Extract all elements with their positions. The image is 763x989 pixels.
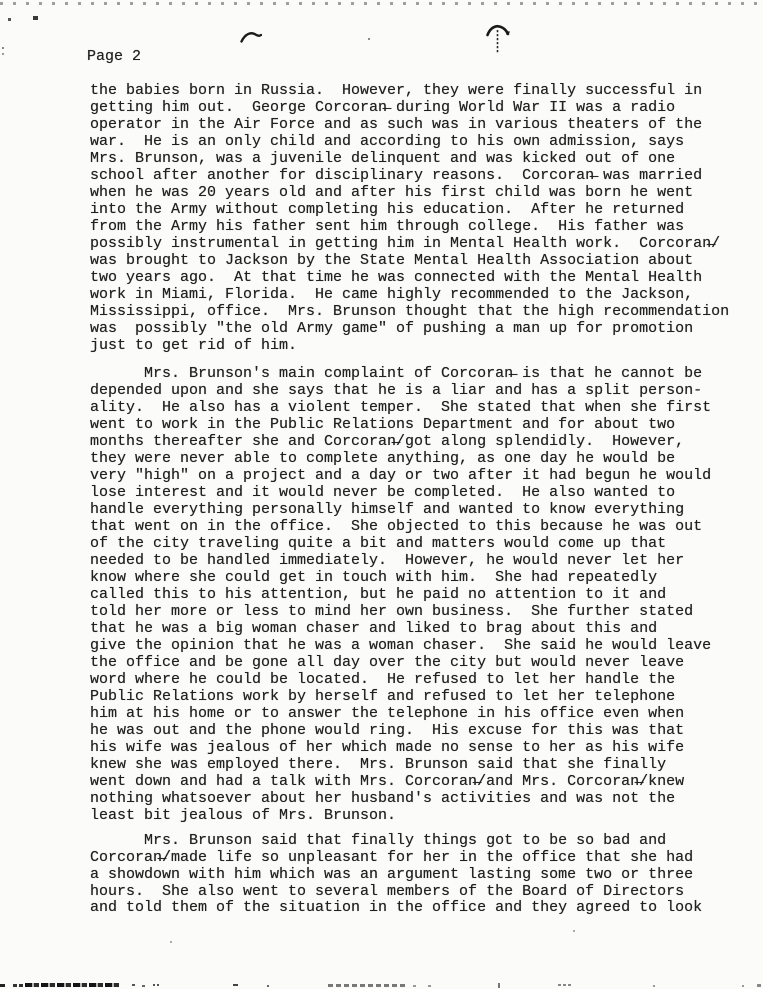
scan-artifact-speck <box>2 53 4 55</box>
scan-artifact-speck <box>33 16 38 20</box>
scan-artifact-top-dotted-edge <box>0 2 763 5</box>
scan-artifact-bottom-edge <box>328 984 407 987</box>
paragraph-1: the babies born in Russia. However, they… <box>90 82 729 354</box>
scan-artifact-bottom-edge <box>25 983 120 987</box>
handwritten-up-arrow-mark <box>485 24 511 56</box>
scan-artifact-bottom-edge <box>132 984 135 986</box>
scan-artifact-bottom-edge <box>142 985 145 987</box>
paragraph-2: Mrs. Brunson's main complaint of Corcora… <box>90 365 711 824</box>
scan-artifact-bottom-edge <box>13 984 23 987</box>
scan-artifact-speck <box>170 941 172 943</box>
scan-artifact-bottom-edge <box>267 985 269 987</box>
scan-artifact-bottom-edge <box>757 984 761 987</box>
scan-artifact-bottom-edge <box>742 985 744 987</box>
handwritten-arc-mark <box>240 30 262 43</box>
scan-artifact-speck <box>8 18 11 21</box>
scan-artifact-bottom-edge <box>233 984 238 986</box>
paragraph-3-continuation-line: and told them of the situation in the of… <box>90 899 702 916</box>
paragraph-3: Mrs. Brunson said that finally things go… <box>90 832 693 900</box>
scan-artifact-bottom-edge <box>428 985 431 987</box>
document-page: Page 2 the babies born in Russia. Howeve… <box>0 0 763 989</box>
page-number: Page 2 <box>87 48 141 65</box>
scan-artifact-bottom-edge <box>153 984 160 986</box>
scan-artifact-bottom-edge <box>653 985 655 987</box>
scan-artifact-bottom-edge <box>498 983 500 988</box>
scan-artifact-speck <box>2 47 4 49</box>
scan-artifact-bottom-edge <box>413 985 416 987</box>
scan-artifact-speck <box>368 38 370 40</box>
scan-artifact-bottom-edge <box>558 984 572 986</box>
scan-artifact-bottom-edge <box>0 984 5 987</box>
scan-artifact-speck <box>573 930 575 932</box>
